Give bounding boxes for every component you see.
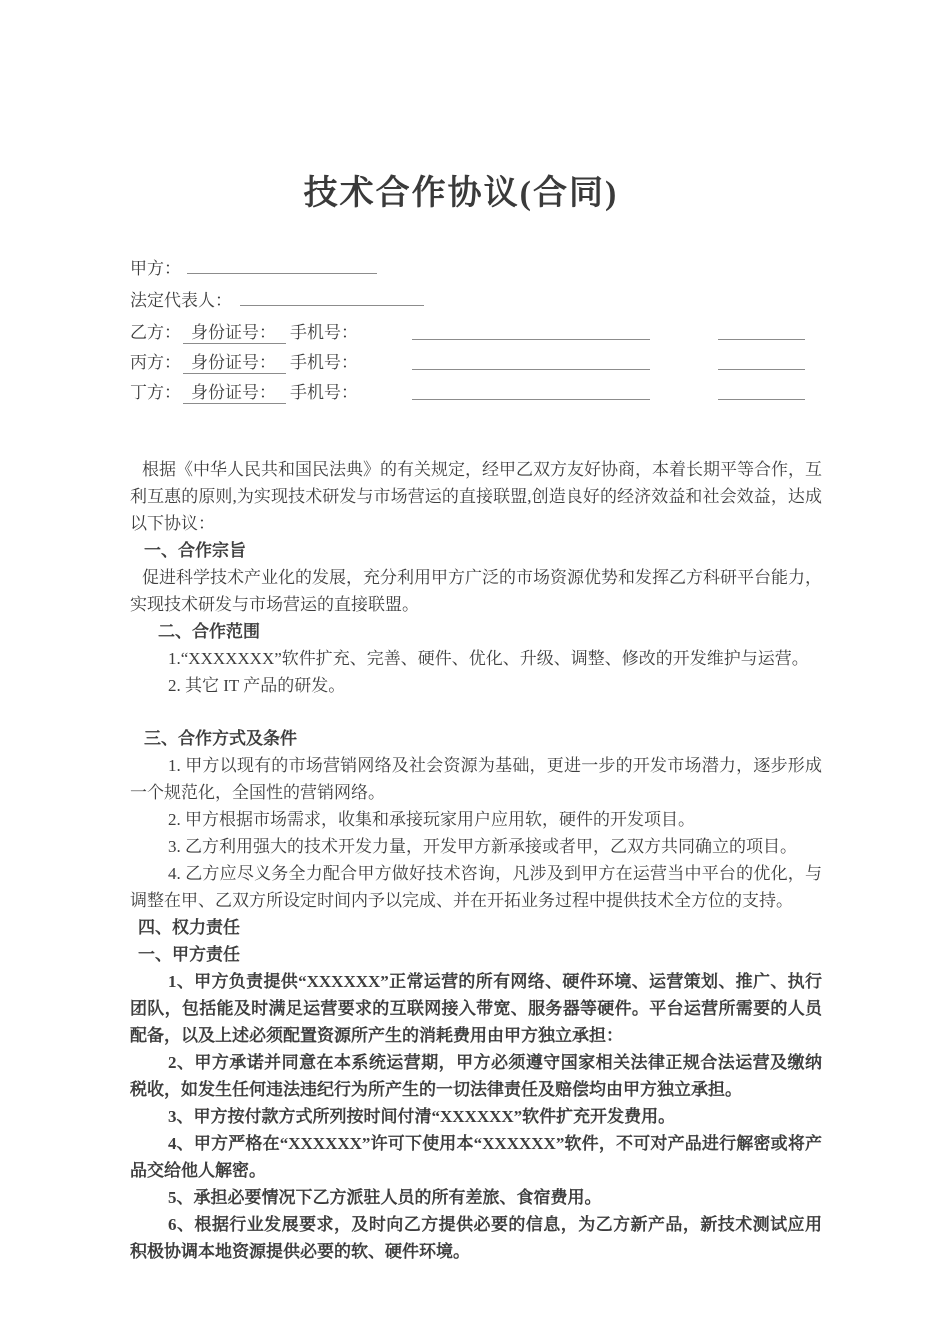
clause-scope-2: 2. 其它 IT 产品的研发。 (130, 672, 822, 699)
party-d-label: 丁方： (130, 383, 181, 402)
party-c-id-number-blank[interactable] (412, 352, 650, 370)
clause-method-2: 2. 甲方根据市场需求，收集和承接玩家用户应用软，硬件的开发项目。 (130, 806, 822, 833)
party-c-row: 丙方：身份证号：手机号： (130, 348, 822, 378)
party-b-id-number-blank[interactable] (412, 322, 650, 340)
contract-page: 技术合作协议(合同) 甲方： 法定代表人： 乙方：身份证号：手机号： 丙方：身份… (0, 0, 950, 1341)
heading-rights-responsibilities: 四、权力责任 (138, 914, 822, 941)
party-b-label: 乙方： (130, 323, 181, 342)
clause-party-a-4: 4、甲方严格在“XXXXXX”许可下使用本“XXXXXX”软件，不可对产品进行解… (130, 1130, 822, 1184)
heading-cooperation-purpose: 一、合作宗旨 (144, 537, 822, 564)
party-d-phone-number-blank[interactable] (718, 382, 805, 400)
clause-party-a-2: 2、甲方承诺并同意在本系统运营期，甲方必须遵守国家相关法律正规合法运营及缴纳税收… (130, 1049, 822, 1103)
legal-rep-name-blank[interactable] (240, 288, 424, 306)
clause-party-a-6: 6、根据行业发展要求，及时向乙方提供必要的信息，为乙方新产品，新技术测试应用积极… (130, 1211, 822, 1265)
party-d-phone-label: 手机号： (290, 383, 358, 402)
party-c-id-label: 身份证号： (183, 353, 286, 374)
party-b-row: 乙方：身份证号：手机号： (130, 318, 822, 348)
party-b-phone-label: 手机号： (290, 323, 358, 342)
clause-method-1: 1. 甲方以现有的市场营销网络及社会资源为基础，更进一步的开发市场潜力，逐步形成… (130, 752, 822, 806)
party-c-phone-number-blank[interactable] (718, 352, 805, 370)
legal-rep-row: 法定代表人： (130, 284, 822, 318)
clause-method-3: 3. 乙方利用强大的技术开发力量，开发甲方新承接或者甲，乙双方共同确立的项目。 (130, 833, 822, 860)
clause-method-4: 4. 乙方应尽义务全力配合甲方做好技术咨询，凡涉及到甲方在运营当中平台的优化，与… (130, 860, 822, 914)
party-d-id-number-blank[interactable] (412, 382, 650, 400)
clause-party-a-3: 3、甲方按付款方式所列按时间付清“XXXXXX”软件扩充开发费用。 (130, 1103, 822, 1130)
party-d-row: 丁方：身份证号：手机号： (130, 378, 822, 408)
heading-party-a-responsibilities: 一、甲方责任 (138, 941, 822, 968)
party-c-phone-label: 手机号： (290, 353, 358, 372)
party-a-name-blank[interactable] (187, 256, 377, 274)
party-c-label: 丙方： (130, 353, 181, 372)
intro-paragraph: 根据《中华人民共和国民法典》的有关规定，经甲乙双方友好协商，本着长期平等合作，互… (130, 456, 822, 537)
document-body: 根据《中华人民共和国民法典》的有关规定，经甲乙双方友好协商，本着长期平等合作，互… (130, 456, 822, 1265)
clause-party-a-5: 5、承担必要情况下乙方派驻人员的所有差旅、食宿费用。 (130, 1184, 822, 1211)
heading-cooperation-scope: 二、合作范围 (158, 618, 822, 645)
party-d-id-label: 身份证号： (183, 383, 286, 404)
heading-cooperation-method: 三、合作方式及条件 (144, 725, 822, 752)
document-title: 技术合作协议(合同) (130, 165, 792, 214)
clause-party-a-1: 1、甲方负责提供“XXXXXX”正常运营的所有网络、硬件环境、运营策划、推广、执… (130, 968, 822, 1049)
party-b-id-label: 身份证号： (183, 323, 286, 344)
para-cooperation-purpose: 促进科学技术产业化的发展，充分利用甲方广泛的市场资源优势和发挥乙方科研平台能力，… (130, 564, 822, 618)
clause-scope-1: 1.“XXXXXXX”软件扩充、完善、硬件、优化、升级、调整、修改的开发维护与运… (130, 645, 822, 672)
party-block: 甲方： 法定代表人： 乙方：身份证号：手机号： 丙方：身份证号：手机号： 丁方：… (130, 254, 822, 408)
party-a-row: 甲方： (130, 254, 822, 284)
party-a-label: 甲方： (130, 259, 181, 278)
party-b-phone-number-blank[interactable] (718, 322, 805, 340)
legal-rep-label: 法定代表人： (130, 291, 232, 310)
